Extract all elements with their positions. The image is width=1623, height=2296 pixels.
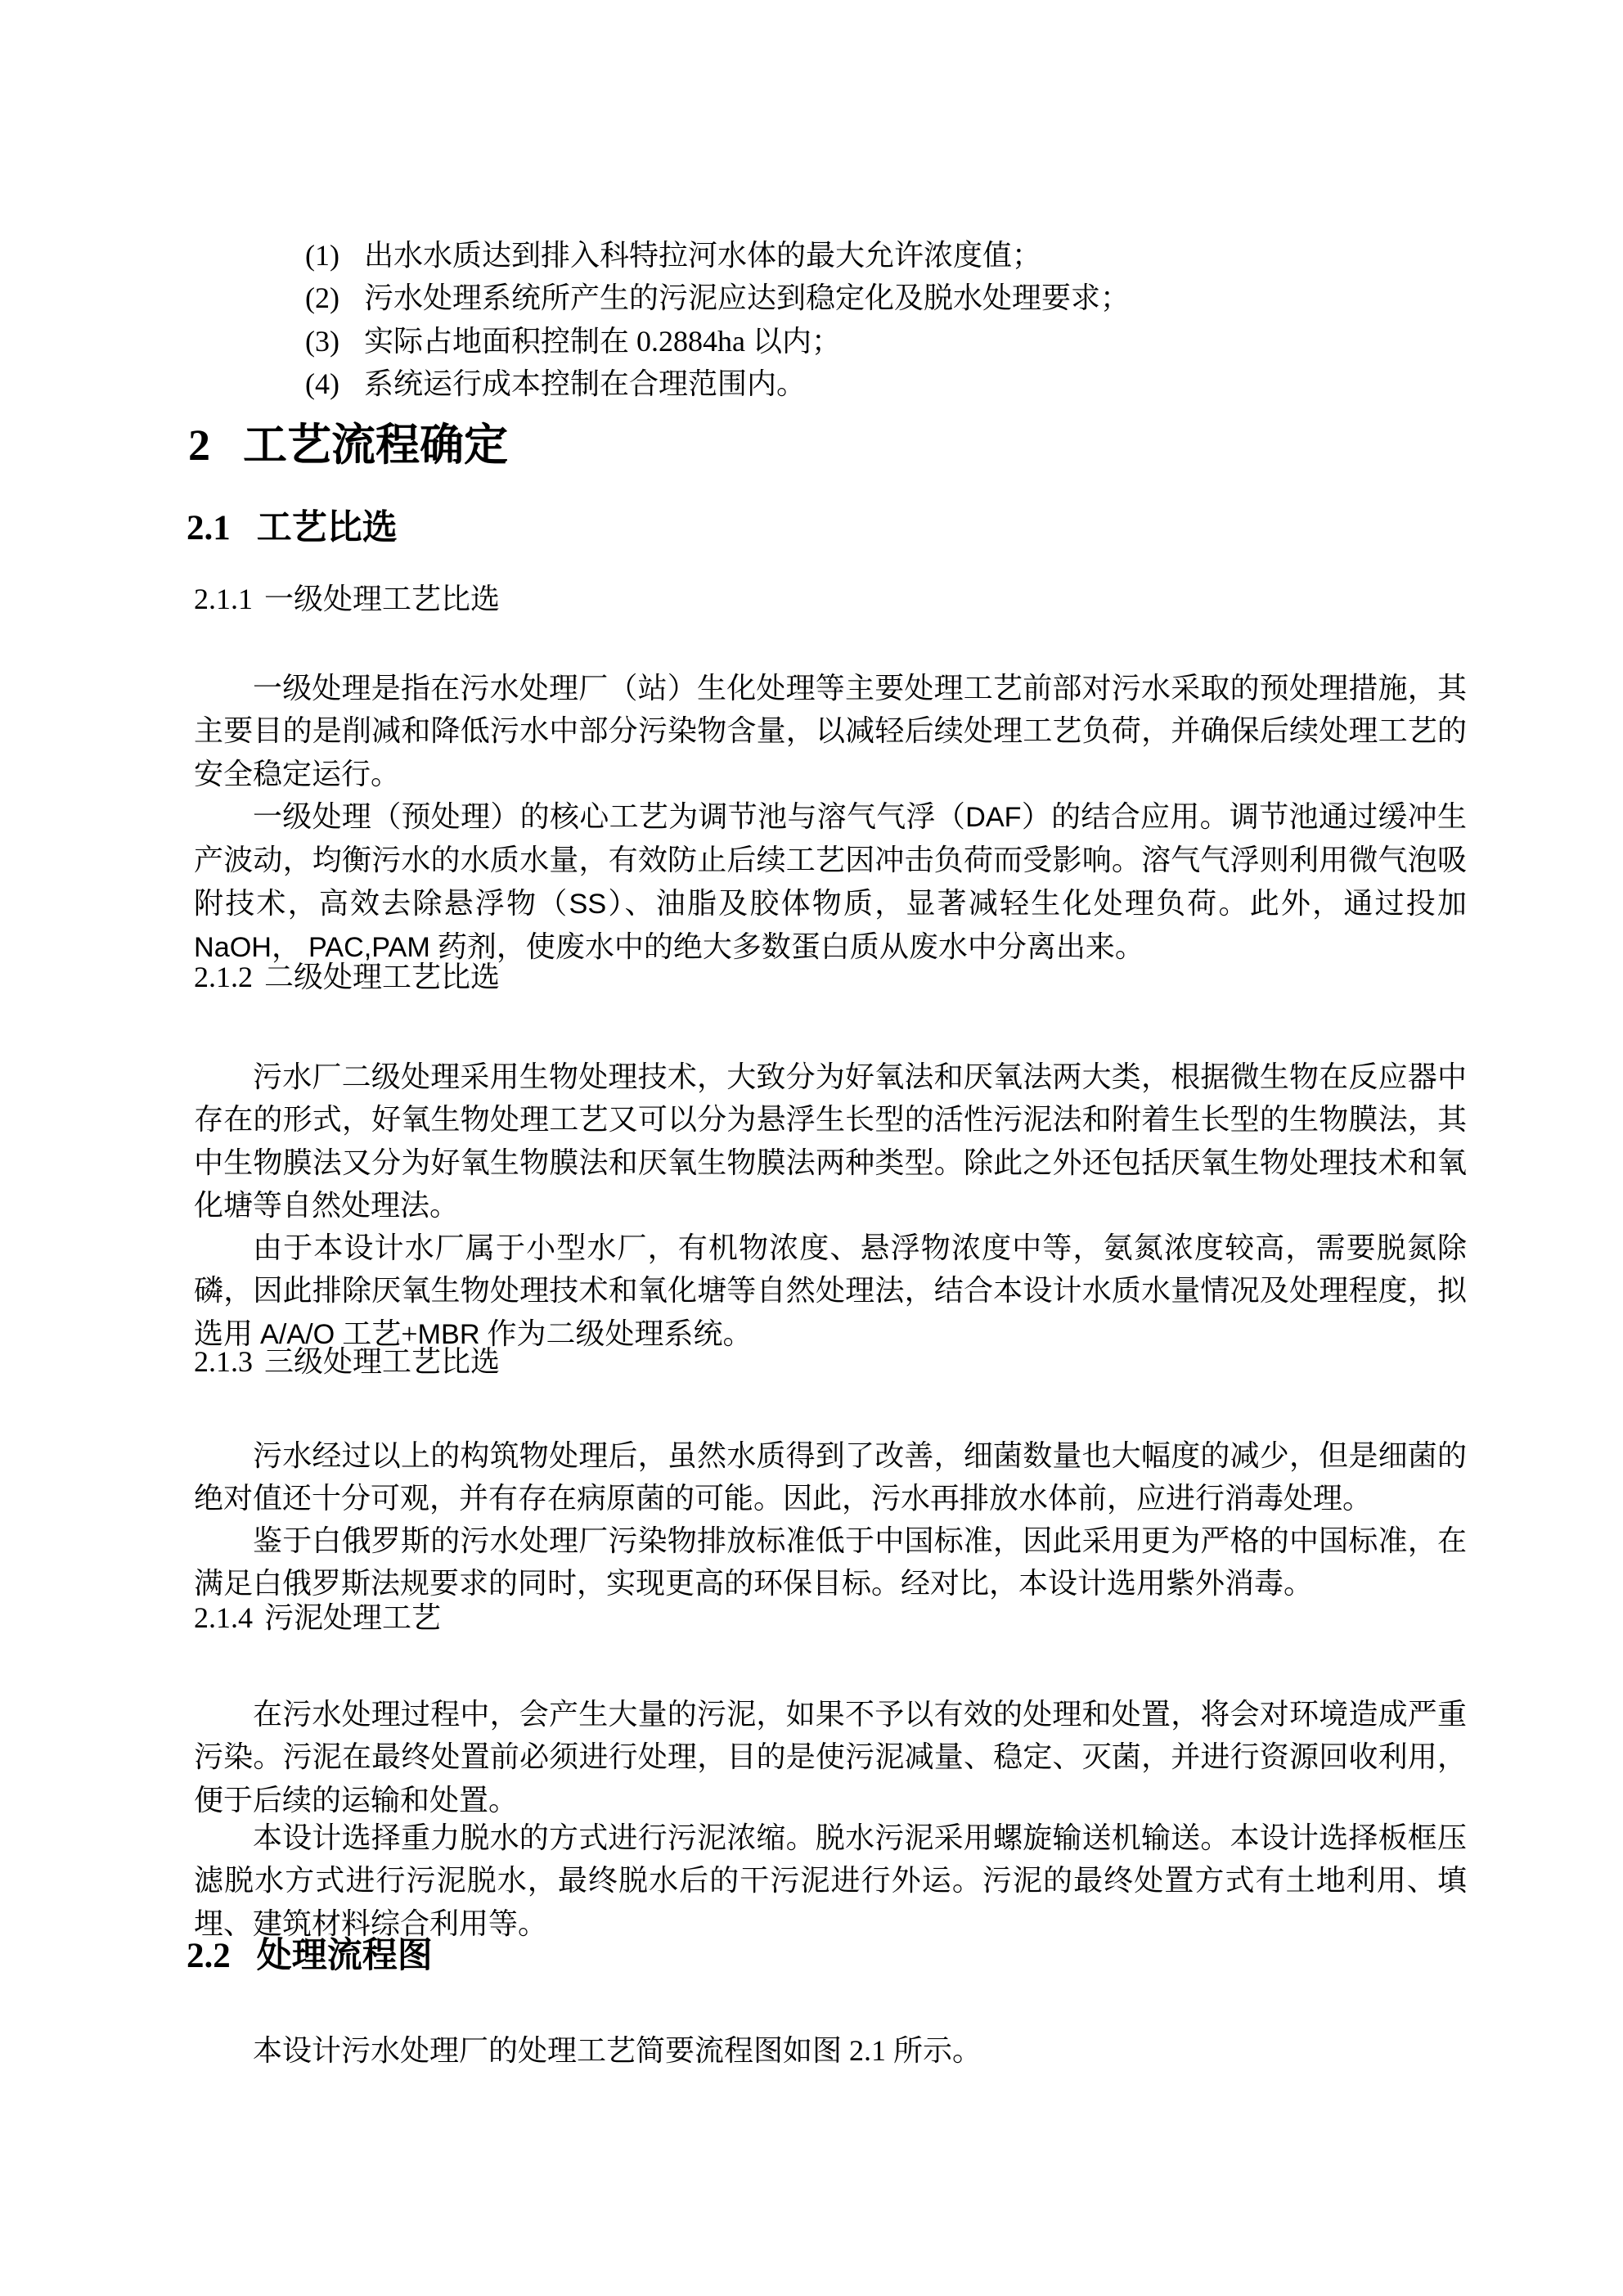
requirement-number: (4) (305, 362, 364, 405)
paragraph-2-1-3-b: 鉴于白俄罗斯的污水处理厂污染物排放标准低于中国标准，因此采用更为严格的中国标准，… (194, 1519, 1467, 1605)
latin-token: DAF (965, 802, 1021, 833)
subsection-title: 三级处理工艺比选 (264, 1345, 500, 1378)
subsection-2-1-2-heading: 2.1.2二级处理工艺比选 (194, 960, 500, 995)
section-title: 处理流程图 (257, 1936, 433, 1975)
subsection-title: 二级处理工艺比选 (264, 961, 500, 993)
requirement-text: 出水水质达到排入科特拉河水体的最大允许浓度值； (364, 234, 1459, 277)
latin-token: NaOH (194, 932, 272, 963)
requirement-item-4: (4) 系统运行成本控制在合理范围内。 (305, 362, 1459, 405)
section-number: 2.2 (187, 1937, 231, 1975)
section-number: 2.1 (187, 509, 231, 547)
paragraph-2-2-a: 本设计污水处理厂的处理工艺简要流程图如图 2.1 所示。 (194, 2029, 1467, 2072)
requirement-number: (2) (305, 277, 364, 319)
section-2-1-heading: 2.1工艺比选 (187, 507, 398, 550)
document-page: (1) 出水水质达到排入科特拉河水体的最大允许浓度值； (2) 污水处理系统所产… (0, 0, 1623, 2296)
latin-token: SS (569, 889, 607, 920)
section-title: 工艺比选 (257, 508, 398, 547)
paragraph-2-1-1-b: 一级处理（预处理）的核心工艺为调节池与溶气气浮（DAF）的结合应用。调节池通过缓… (194, 795, 1467, 969)
subsection-number: 2.1.3 (194, 1345, 253, 1378)
chapter-title: 工艺流程确定 (243, 421, 508, 470)
chapter-2-heading: 2工艺流程确定 (188, 420, 508, 470)
paragraph-2-1-3-a: 污水经过以上的构筑物处理后，虽然水质得到了改善，细菌数量也大幅度的减少，但是细菌… (194, 1434, 1467, 1520)
paragraph-2-1-2-a: 污水厂二级处理采用生物处理技术，大致分为好氧法和厌氧法两大类，根据微生物在反应器… (194, 1056, 1467, 1227)
paragraph-2-1-4-b: 本设计选择重力脱水的方式进行污泥浓缩。脱水污泥采用螺旋输送机输送。本设计选择板框… (194, 1817, 1467, 1945)
subsection-2-1-4-heading: 2.1.4污泥处理工艺 (194, 1600, 441, 1636)
subsection-2-1-3-heading: 2.1.3三级处理工艺比选 (194, 1344, 500, 1380)
paragraph-2-1-1-a: 一级处理是指在污水处理厂（站）生化处理等主要处理工艺前部对污水采取的预处理措施，… (194, 667, 1467, 795)
requirement-text: 污水处理系统所产生的污泥应达到稳定化及脱水处理要求； (364, 277, 1459, 319)
requirement-text: 实际占地面积控制在 0.2884ha 以内； (364, 320, 1459, 362)
subsection-title: 一级处理工艺比选 (264, 583, 500, 615)
paragraph-2-1-4-a: 在污水处理过程中，会产生大量的污泥，如果不予以有效的处理和处置，将会对环境造成严… (194, 1693, 1467, 1821)
requirement-item-1: (1) 出水水质达到排入科特拉河水体的最大允许浓度值； (305, 234, 1459, 277)
requirements-list: (1) 出水水质达到排入科特拉河水体的最大允许浓度值； (2) 污水处理系统所产… (305, 234, 1459, 406)
subsection-number: 2.1.1 (194, 583, 253, 615)
subsection-number: 2.1.4 (194, 1601, 253, 1634)
requirement-number: (3) (305, 320, 364, 362)
requirement-number: (1) (305, 234, 364, 277)
chapter-number: 2 (188, 421, 210, 470)
latin-token: PAC,PAM (308, 932, 430, 963)
requirement-text: 系统运行成本控制在合理范围内。 (364, 362, 1459, 405)
requirement-item-2: (2) 污水处理系统所产生的污泥应达到稳定化及脱水处理要求； (305, 277, 1459, 319)
section-2-2-heading: 2.2处理流程图 (187, 1935, 433, 1978)
requirement-item-3: (3) 实际占地面积控制在 0.2884ha 以内； (305, 320, 1459, 362)
subsection-number: 2.1.2 (194, 961, 253, 993)
subsection-2-1-1-heading: 2.1.1一级处理工艺比选 (194, 582, 500, 617)
subsection-title: 污泥处理工艺 (264, 1601, 441, 1634)
paragraph-2-1-2-b: 由于本设计水厂属于小型水厂，有机物浓度、悬浮物浓度中等，氨氮浓度较高，需要脱氮除… (194, 1227, 1467, 1356)
